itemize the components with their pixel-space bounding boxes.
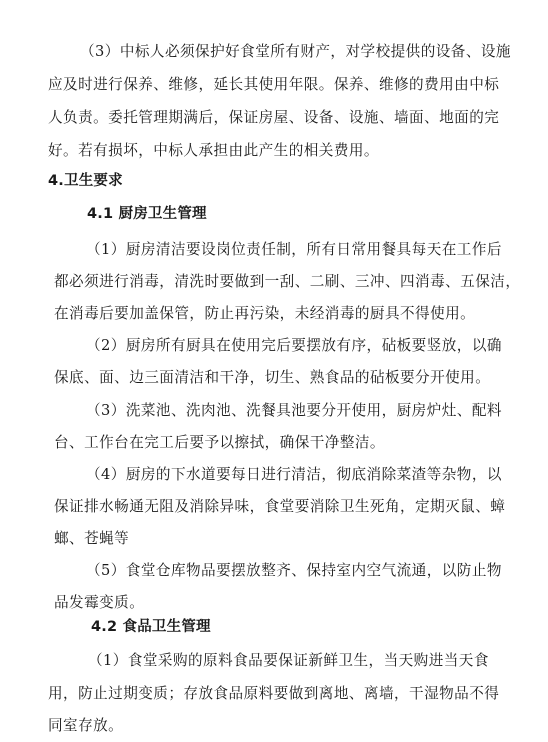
text-line: （1）食堂采购的原料食品要保证新鲜卫生，当天购进当天食 bbox=[88, 651, 489, 671]
subsection-heading-kitchen-hygiene: 4.1 厨房卫生管理 bbox=[87, 204, 207, 224]
text-line: 都必须进行消毒，清洗时要做到一刮、二刷、三冲、四消毒、五保洁， bbox=[54, 272, 520, 292]
text-line: 台、工作台在完工后要予以擦拭，确保干净整洁。 bbox=[54, 433, 385, 453]
text-line: （1）厨房清洁要设岗位责任制，所有日常用餐具每天在工作后 bbox=[86, 240, 502, 260]
text-line: （2）厨房所有厨具在使用完后要摆放有序，砧板要竖放，以确 bbox=[86, 336, 502, 356]
subsection-heading-food-hygiene: 4.2 食品卫生管理 bbox=[91, 617, 211, 637]
text-line: 在消毒后要加盖保管，防止再污染，未经消毒的厨具不得使用。 bbox=[54, 304, 475, 324]
text-line: （3）洗菜池、洗肉池、洗餐具池要分开使用，厨房炉灶、配料 bbox=[86, 401, 502, 421]
text-line: 好。若有损坏，中标人承担由此产生的相关费用。 bbox=[48, 141, 379, 161]
text-line: 同室存放。 bbox=[48, 716, 123, 736]
text-line: 保底、面、边三面清洁和干净，切生、熟食品的砧板要分开使用。 bbox=[54, 368, 490, 388]
text-line: 用，防止过期变质；存放食品原料要做到离地、离墙，干湿物品不得 bbox=[48, 684, 499, 704]
section-heading-hygiene: 4.卫生要求 bbox=[48, 171, 123, 191]
text-line: （4）厨房的下水道要每日进行清洁，彻底消除菜渣等杂物，以 bbox=[86, 465, 502, 485]
text-line: 品发霉变质。 bbox=[54, 593, 144, 613]
text-line: 螂、苍蝇等 bbox=[54, 529, 129, 549]
text-line: （5）食堂仓库物品要摆放整齐、保持室内空气流通，以防止物 bbox=[86, 561, 502, 581]
document-page: （3）中标人必须保护好食堂所有财产，对学校提供的设备、设施 应及时进行保养、维修… bbox=[0, 0, 548, 742]
text-line: 应及时进行保养、维修，延长其使用年限。保养、维修的费用由中标 bbox=[48, 75, 499, 95]
text-line: 保证排水畅通无阻及消除异味，食堂要消除卫生死角，定期灭鼠、蟑 bbox=[54, 497, 505, 517]
text-line: （3）中标人必须保护好食堂所有财产，对学校提供的设备、设施 bbox=[80, 42, 511, 62]
text-line: 人负责。委托管理期满后，保证房屋、设备、设施、墙面、地面的完 bbox=[48, 108, 499, 128]
